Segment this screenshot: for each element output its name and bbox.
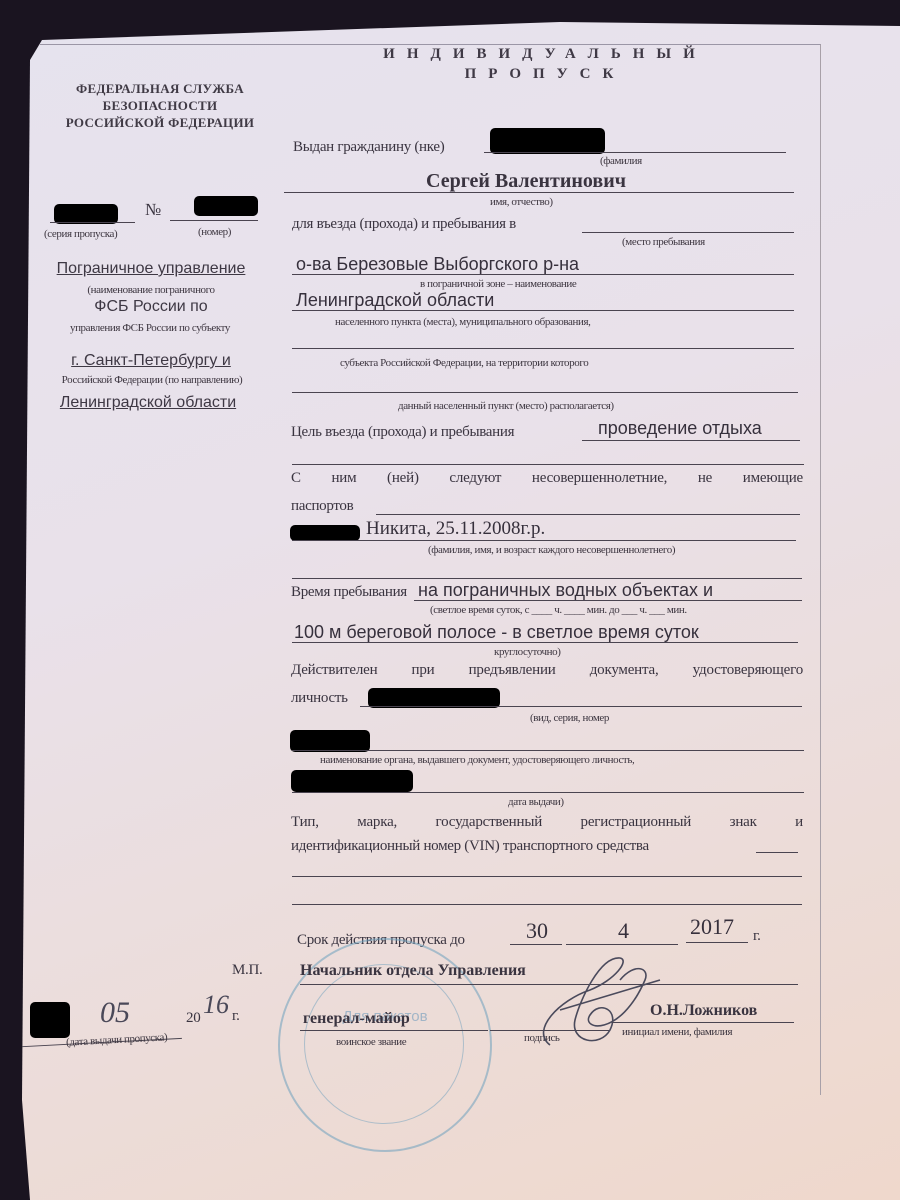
document-page: ФЕДЕРАЛЬНАЯ СЛУЖБА БЕЗОПАСНОСТИ РОССИЙСК…	[0, 0, 900, 1200]
valid-with-line-2: личность	[291, 690, 348, 707]
doc-caption: (вид, серия, номер	[530, 712, 609, 724]
vehicle-line-1: Тип, марка, государственный регистрацион…	[291, 814, 803, 831]
series-caption: (серия пропуска)	[44, 228, 117, 240]
purpose-value: проведение отдыха	[598, 418, 762, 439]
entry-label: для въезда (прохода) и пребывания в	[292, 216, 516, 233]
redacted-issue-date	[291, 770, 413, 792]
minor-caption: (фамилия, имя, и возраст каждого несовер…	[428, 544, 675, 556]
redacted-series	[54, 204, 118, 224]
place-line-2-value: Ленинградской области	[296, 290, 494, 311]
issue-year-handwritten: 16	[203, 990, 229, 1020]
issuer-caption-1: (наименование пограничного	[44, 284, 258, 296]
issue-year-prefix: 20	[186, 1010, 200, 1027]
located-caption: данный населенный пункт (место) располаг…	[398, 400, 614, 412]
place-line-1-value: о-ва Березовые Выборгского р-на	[296, 254, 579, 275]
signer-rank: генерал-майор	[303, 1010, 410, 1028]
stay-time-value-2: 100 м береговой полосе - в светлое время…	[294, 622, 699, 643]
name-patronymic-value: Сергей Валентинович	[426, 170, 626, 193]
issuer-line-3: г. Санкт-Петербургу и	[44, 352, 258, 370]
agency-line: БЕЗОПАСНОСТИ	[40, 97, 280, 114]
mp-label: М.П.	[232, 962, 262, 979]
issue-month-handwritten: 05	[100, 996, 130, 1030]
settlement-caption: населенного пункта (места), муниципально…	[335, 316, 591, 328]
issuer-org-caption: наименование органа, выдавшего документ,…	[320, 754, 634, 766]
minors-label-line-2: паспортов	[291, 498, 353, 515]
issuer-line-1: Пограничное управление	[44, 260, 258, 278]
name-caption: имя, отчество)	[490, 196, 553, 208]
agency-line: ФЕДЕРАЛЬНАЯ СЛУЖБА	[40, 80, 280, 97]
surname-caption: (фамилия	[600, 155, 642, 167]
issue-date-caption: дата выдачи)	[508, 796, 564, 808]
issued-to-label: Выдан гражданину (нке)	[293, 139, 444, 156]
handwritten-signature	[520, 950, 670, 1060]
place-caption: (место пребывания	[622, 236, 705, 248]
signer-caption: инициал имени, фамилия	[622, 1026, 732, 1038]
round-clock-caption: круглосуточно)	[494, 646, 561, 658]
purpose-label: Цель въезда (прохода) и пребывания	[291, 424, 514, 441]
stay-time-label: Время пребывания	[291, 584, 407, 601]
issue-year-abbr: г.	[232, 1008, 240, 1025]
agency-header: ФЕДЕРАЛЬНАЯ СЛУЖБА БЕЗОПАСНОСТИ РОССИЙСК…	[40, 80, 280, 131]
signer-position: Начальник отдела Управления	[300, 962, 526, 980]
redacted-issuing-authority	[290, 730, 370, 752]
minors-label-line-1: С ним (ней) следуют несовершеннолетние, …	[291, 470, 803, 487]
number-sign: №	[145, 200, 161, 220]
validity-year: 2017	[690, 914, 734, 940]
redacted-minor-surname	[290, 525, 360, 541]
minor-value: Никита, 25.11.2008г.р.	[366, 518, 545, 540]
redacted-surname	[490, 128, 605, 154]
document-subtitle: ПРОПУСК	[455, 66, 635, 83]
valid-with-line-1: Действителен при предъявлении документа,…	[291, 662, 803, 679]
agency-line: РОССИЙСКОЙ ФЕДЕРАЦИИ	[40, 114, 280, 131]
redacted-number	[194, 196, 258, 216]
redacted-issue-date-day	[30, 1002, 70, 1038]
rank-caption: воинское звание	[336, 1036, 406, 1048]
issuer-line-4: Ленинградской области	[38, 394, 258, 412]
zone-caption: в пограничной зоне – наименование	[420, 278, 576, 290]
signer-name: О.Н.Ложников	[650, 1002, 757, 1020]
subject-caption: субъекта Российской Федерации, на террит…	[340, 357, 588, 369]
issuer-caption-3: Российской Федерации (по направлению)	[26, 374, 278, 386]
vehicle-line-2: идентификационный номер (VIN) транспортн…	[291, 838, 649, 855]
validity-month: 4	[618, 918, 629, 944]
stay-time-caption: (светлое время суток, с ____ ч. ____ мин…	[430, 604, 687, 616]
stay-time-value-1: на пограничных водных объектах и	[418, 580, 713, 601]
document-title: ИНДИВИДУАЛЬНЫЙ	[370, 46, 720, 63]
issuer-line-2: ФСБ России по	[44, 298, 258, 316]
issuer-caption-2: управления ФСБ России по субъекту	[38, 322, 262, 334]
number-caption: (номер)	[198, 226, 231, 238]
validity-day: 30	[526, 918, 548, 944]
redacted-id-document	[368, 688, 500, 708]
validity-year-abbr: г.	[753, 928, 761, 945]
